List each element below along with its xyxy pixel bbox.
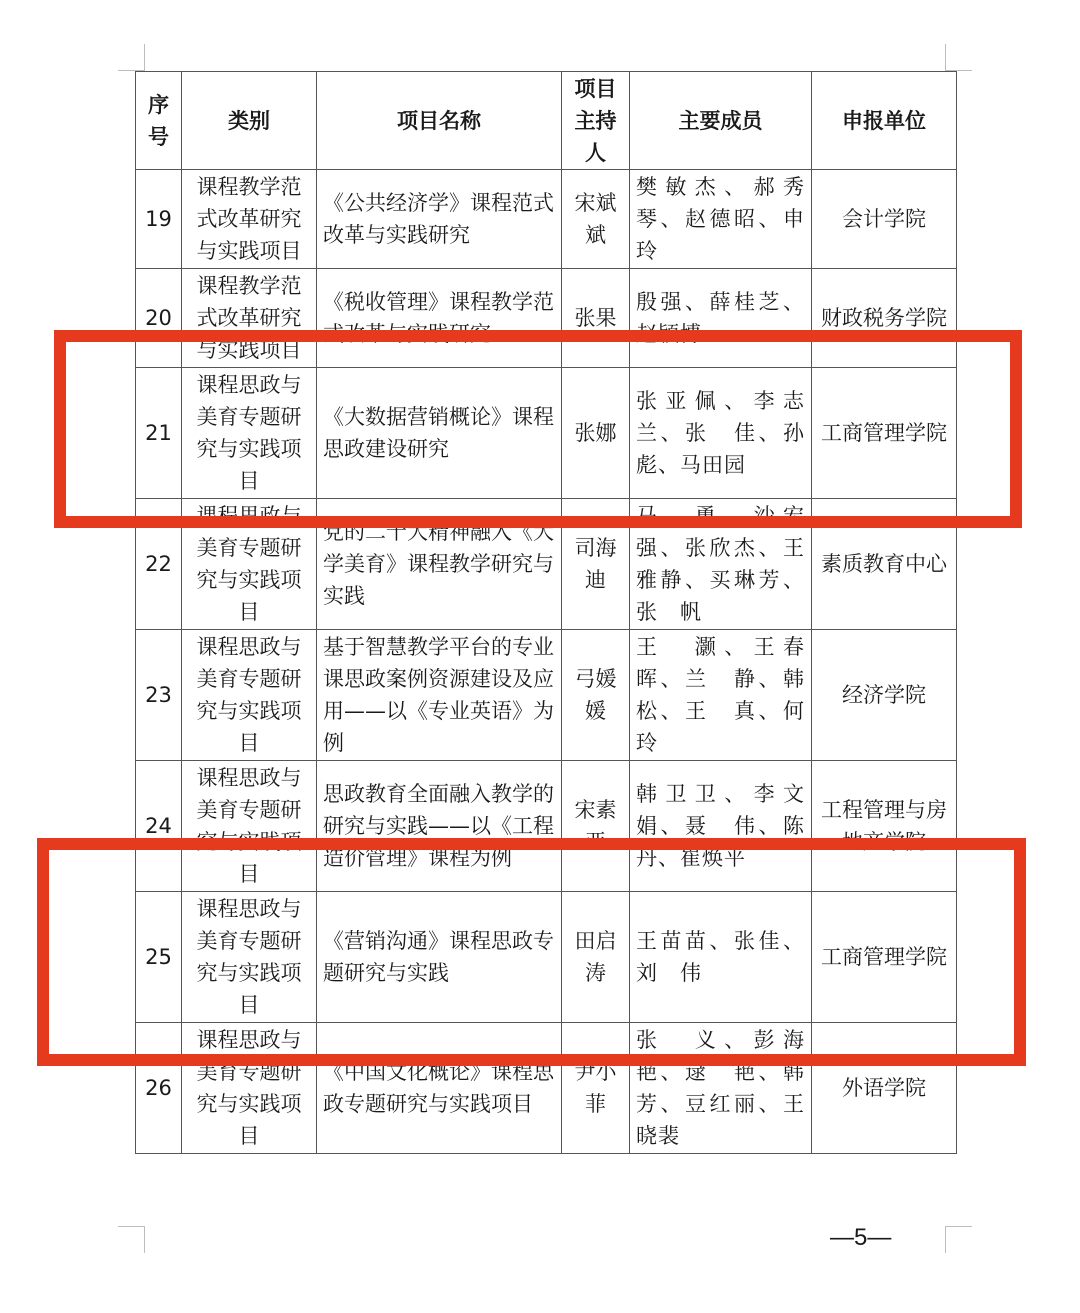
- cell-host: 宋素亚: [562, 761, 630, 892]
- table-row: 26 课程思政与美育专题研究与实践项目 《中国文化概论》课程思政专题研究与实践项…: [136, 1023, 957, 1154]
- cell-unit: 外语学院: [812, 1023, 957, 1154]
- table-row: 20 课程教学范式改革研究与实践项目 《税收管理》课程教学范式改革与实践研究 张…: [136, 269, 957, 368]
- cell-host: 宋斌斌: [562, 170, 630, 269]
- cell-host: 尹小菲: [562, 1023, 630, 1154]
- cell-category: 课程思政与美育专题研究与实践项目: [182, 368, 317, 499]
- cell-host: 张果: [562, 269, 630, 368]
- cell-members: 张亚佩、李志兰、张 佳、孙彪、马田园: [630, 368, 812, 499]
- crop-mark-bottom-left: [118, 1226, 145, 1253]
- cell-unit: 工程管理与房地产学院: [812, 761, 957, 892]
- cell-members: 樊敏杰、郝秀琴、赵德昭、申玲: [630, 170, 812, 269]
- header-host: 项目主持人: [562, 72, 630, 170]
- cell-no: 20: [136, 269, 182, 368]
- cell-project-name: 基于智慧教学平台的专业课思政案例资源建设及应用——以《专业英语》为例: [317, 630, 562, 761]
- table-header-row: 序号 类别 项目名称 项目主持人 主要成员 申报单位: [136, 72, 957, 170]
- cell-project-name: 思政教育全面融入教学的研究与实践——以《工程造价管理》课程为例: [317, 761, 562, 892]
- table-row: 21 课程思政与美育专题研究与实践项目 《大数据营销概论》课程思政建设研究 张娜…: [136, 368, 957, 499]
- cell-members: 王苗苗、张佳、刘 伟: [630, 892, 812, 1023]
- cell-project-name: 《中国文化概论》课程思政专题研究与实践项目: [317, 1023, 562, 1154]
- cell-no: 25: [136, 892, 182, 1023]
- cell-no: 24: [136, 761, 182, 892]
- cell-no: 23: [136, 630, 182, 761]
- cell-members: 张 义、彭海艳、逯 艳、韩芳、豆红丽、王晓裴: [630, 1023, 812, 1154]
- cell-project-name: 《大数据营销概论》课程思政建设研究: [317, 368, 562, 499]
- table-row: 25 课程思政与美育专题研究与实践项目 《营销沟通》课程思政专题研究与实践 田启…: [136, 892, 957, 1023]
- cell-category: 课程教学范式改革研究与实践项目: [182, 269, 317, 368]
- cell-no: 26: [136, 1023, 182, 1154]
- crop-mark-bottom-right: [945, 1226, 972, 1253]
- cell-no: 21: [136, 368, 182, 499]
- cell-unit: 经济学院: [812, 630, 957, 761]
- cell-unit: 素质教育中心: [812, 499, 957, 630]
- cell-unit: 工商管理学院: [812, 368, 957, 499]
- cell-project-name: 《公共经济学》课程范式改革与实践研究: [317, 170, 562, 269]
- header-no: 序号: [136, 72, 182, 170]
- crop-mark-top-left: [118, 44, 145, 71]
- cell-host: 张娜: [562, 368, 630, 499]
- project-table: 序号 类别 项目名称 项目主持人 主要成员 申报单位 19 课程教学范式改革研究…: [135, 71, 957, 1154]
- cell-category: 课程思政与美育专题研究与实践项目: [182, 761, 317, 892]
- cell-host: 田启涛: [562, 892, 630, 1023]
- cell-members: 殷强、薛桂芝、赵颖博: [630, 269, 812, 368]
- table-row: 19 课程教学范式改革研究与实践项目 《公共经济学》课程范式改革与实践研究 宋斌…: [136, 170, 957, 269]
- header-category: 类别: [182, 72, 317, 170]
- page-number: —5—: [830, 1224, 891, 1252]
- header-unit: 申报单位: [812, 72, 957, 170]
- table-row: 24 课程思政与美育专题研究与实践项目 思政教育全面融入教学的研究与实践——以《…: [136, 761, 957, 892]
- cell-no: 22: [136, 499, 182, 630]
- cell-project-name: 《营销沟通》课程思政专题研究与实践: [317, 892, 562, 1023]
- cell-category: 课程思政与美育专题研究与实践项目: [182, 499, 317, 630]
- cell-category: 课程教学范式改革研究与实践项目: [182, 170, 317, 269]
- cell-host: 司海迪: [562, 499, 630, 630]
- cell-members: 韩卫卫、李文娟、聂 伟、陈丹、崔焕平: [630, 761, 812, 892]
- table-row: 23 课程思政与美育专题研究与实践项目 基于智慧教学平台的专业课思政案例资源建设…: [136, 630, 957, 761]
- cell-unit: 会计学院: [812, 170, 957, 269]
- crop-mark-top-right: [945, 44, 972, 71]
- cell-category: 课程思政与美育专题研究与实践项目: [182, 1023, 317, 1154]
- header-project-name: 项目名称: [317, 72, 562, 170]
- table-row: 22 课程思政与美育专题研究与实践项目 党的二十大精神融入《大学美育》课程教学研…: [136, 499, 957, 630]
- cell-no: 19: [136, 170, 182, 269]
- cell-unit: 工商管理学院: [812, 892, 957, 1023]
- header-members: 主要成员: [630, 72, 812, 170]
- cell-project-name: 《税收管理》课程教学范式改革与实践研究: [317, 269, 562, 368]
- cell-unit: 财政税务学院: [812, 269, 957, 368]
- cell-category: 课程思政与美育专题研究与实践项目: [182, 892, 317, 1023]
- cell-host: 弓媛媛: [562, 630, 630, 761]
- cell-members: 王 灏、王春晖、兰 静、韩松、王 真、何玲: [630, 630, 812, 761]
- cell-project-name: 党的二十大精神融入《大学美育》课程教学研究与实践: [317, 499, 562, 630]
- cell-category: 课程思政与美育专题研究与实践项目: [182, 630, 317, 761]
- cell-members: 马 勇、沙宏强、张欣杰、王雅静、买琳芳、张 帆: [630, 499, 812, 630]
